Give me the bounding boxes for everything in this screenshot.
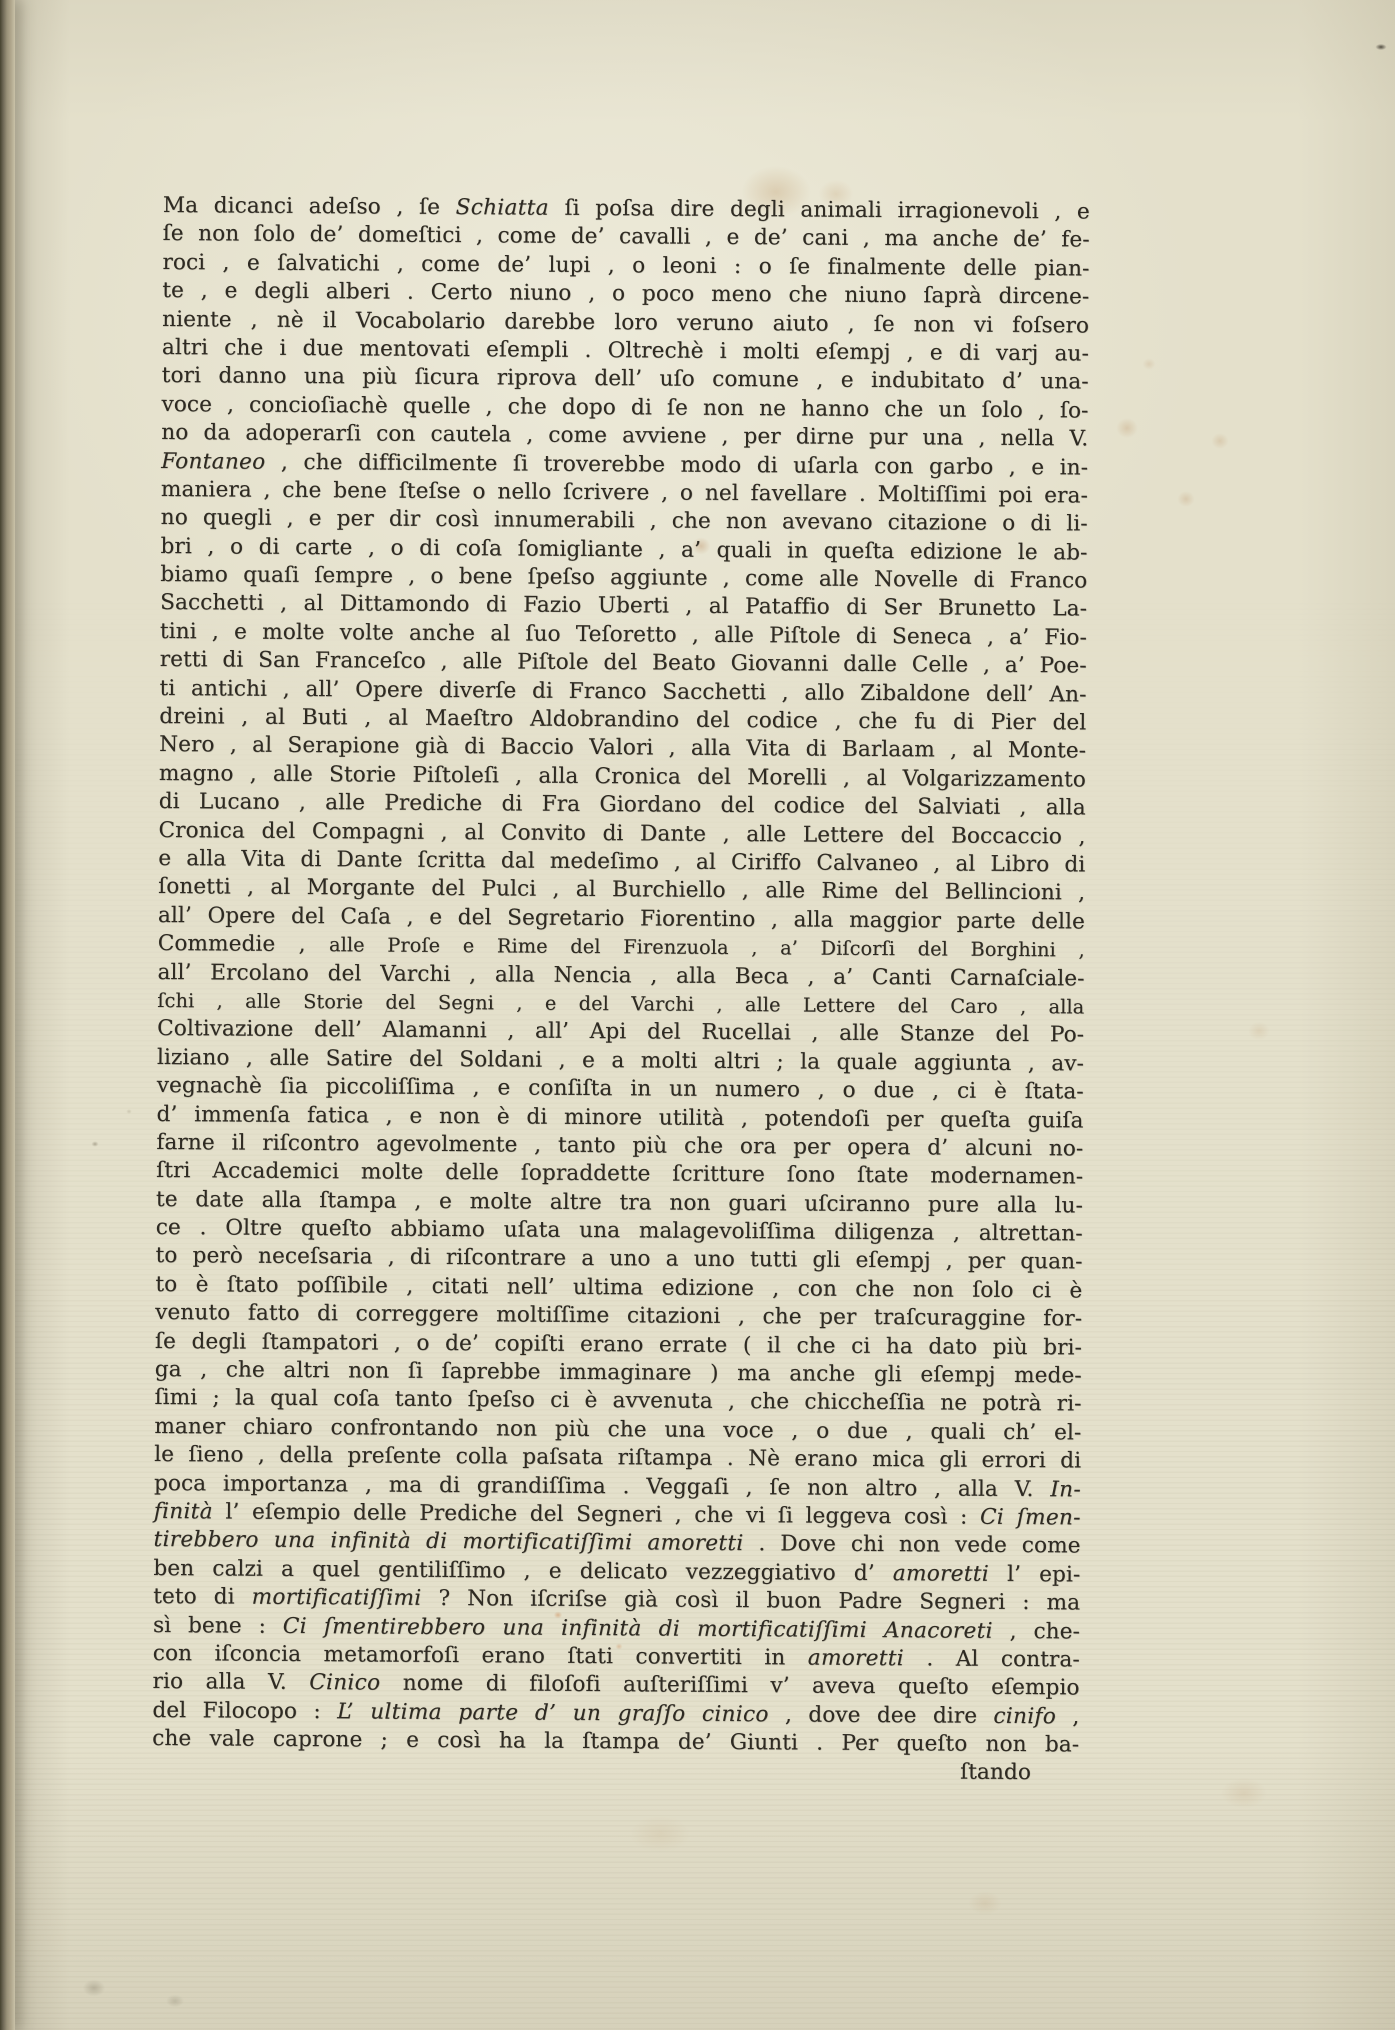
binding-edge xyxy=(0,0,15,2030)
book-page-scan: Ma dicanci adeſso , ſe Schiatta ſi poſsa… xyxy=(0,0,1395,2030)
page-text-block: Ma dicanci adeſso , ſe Schiatta ſi poſsa… xyxy=(152,192,1090,1788)
catchword: ſtando xyxy=(152,1753,1079,1788)
